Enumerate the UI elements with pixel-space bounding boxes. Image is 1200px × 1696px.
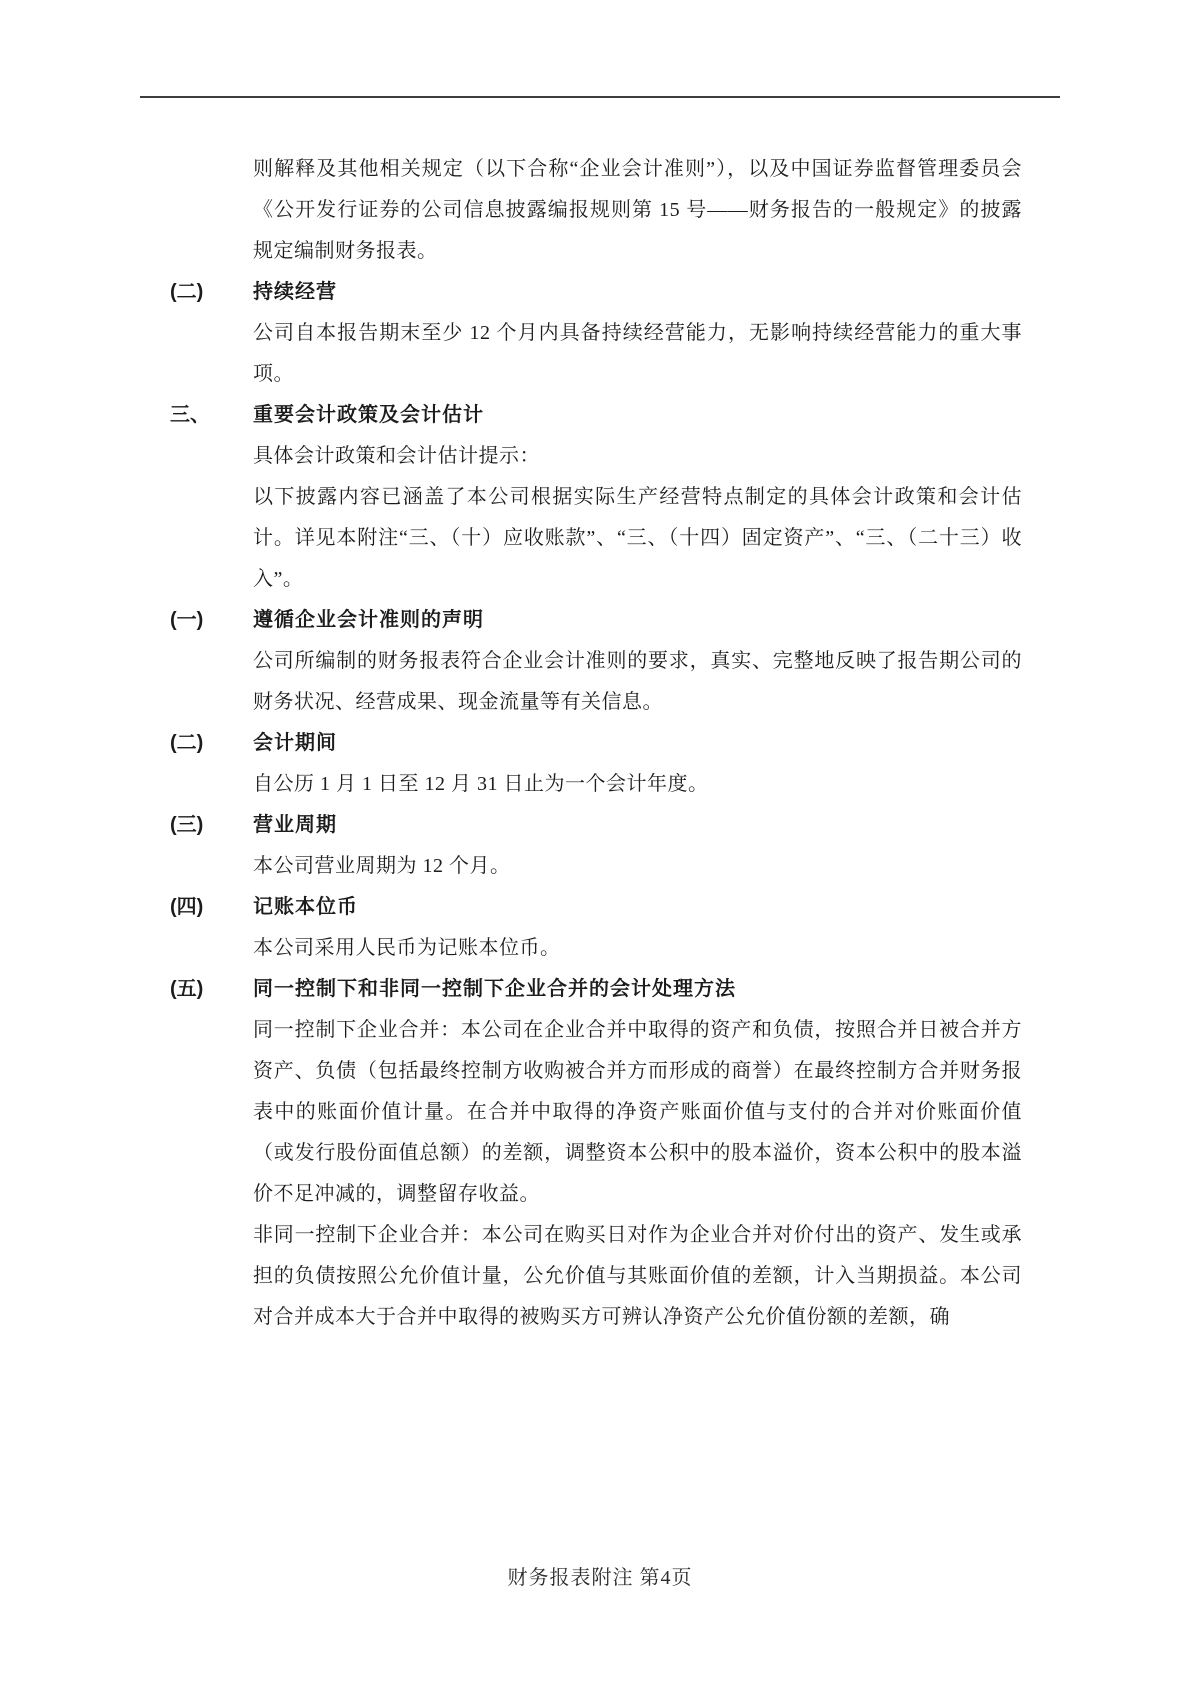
section-paragraph: 公司自本报告期末至少 12 个月内具备持续经营能力，无影响持续经营能力的重大事项… (253, 313, 1022, 395)
section-number: (一) (170, 600, 253, 641)
section-functional-currency: (四) 记账本位币 本公司采用人民币为记账本位币。 (170, 887, 1022, 969)
section-paragraph: 本公司采用人民币为记账本位币。 (253, 928, 1022, 969)
section-heading: 持续经营 (253, 272, 337, 313)
header-divider (140, 96, 1060, 98)
section-paragraph: 同一控制下企业合并：本公司在企业合并中取得的资产和负债，按照合并日被合并方资产、… (253, 1010, 1022, 1215)
intro-paragraph: 则解释及其他相关规定（以下合称“企业会计准则”），以及中国证券监督管理委员会《公… (253, 149, 1022, 272)
page-footer: 财务报表附注 第4页 (0, 1563, 1200, 1593)
section-business-combinations: (五) 同一控制下和非同一控制下企业合并的会计处理方法 同一控制下企业合并：本公… (170, 969, 1022, 1338)
section-number: (二) (170, 723, 253, 764)
section-heading: 记账本位币 (253, 887, 358, 928)
section-heading-row: (三) 营业周期 (170, 805, 1022, 846)
section-number: (五) (170, 969, 253, 1010)
section-accounting-period: (二) 会计期间 自公历 1 月 1 日至 12 月 31 日止为一个会计年度。 (170, 723, 1022, 805)
section-paragraph: 本公司营业周期为 12 个月。 (253, 846, 1022, 887)
section-heading: 会计期间 (253, 723, 337, 764)
section-paragraph: 以下披露内容已涵盖了本公司根据实际生产经营特点制定的具体会计政策和会计估计。详见… (253, 477, 1022, 600)
section-number: 三、 (170, 395, 253, 436)
section-number: (四) (170, 887, 253, 928)
section-heading: 营业周期 (253, 805, 337, 846)
section-heading-row: 三、 重要会计政策及会计估计 (170, 395, 1022, 436)
section-going-concern: (二) 持续经营 公司自本报告期末至少 12 个月内具备持续经营能力，无影响持续… (170, 272, 1022, 395)
section-number: (三) (170, 805, 253, 846)
section-paragraph: 公司所编制的财务报表符合企业会计准则的要求，真实、完整地反映了报告期公司的财务状… (253, 641, 1022, 723)
section-heading-row: (五) 同一控制下和非同一控制下企业合并的会计处理方法 (170, 969, 1022, 1010)
section-compliance-statement: (一) 遵循企业会计准则的声明 公司所编制的财务报表符合企业会计准则的要求，真实… (170, 600, 1022, 723)
section-operating-cycle: (三) 营业周期 本公司营业周期为 12 个月。 (170, 805, 1022, 887)
section-paragraph: 具体会计政策和会计估计提示： (253, 436, 1022, 477)
section-heading-row: (二) 会计期间 (170, 723, 1022, 764)
section-heading-row: (四) 记账本位币 (170, 887, 1022, 928)
section-heading-row: (二) 持续经营 (170, 272, 1022, 313)
section-heading-row: (一) 遵循企业会计准则的声明 (170, 600, 1022, 641)
document-content: 则解释及其他相关规定（以下合称“企业会计准则”），以及中国证券监督管理委员会《公… (170, 149, 1022, 1338)
section-paragraph: 自公历 1 月 1 日至 12 月 31 日止为一个会计年度。 (253, 764, 1022, 805)
section-heading: 遵循企业会计准则的声明 (253, 600, 484, 641)
section-heading: 同一控制下和非同一控制下企业合并的会计处理方法 (253, 969, 736, 1010)
section-number: (二) (170, 272, 253, 313)
document-page: 则解释及其他相关规定（以下合称“企业会计准则”），以及中国证券监督管理委员会《公… (0, 0, 1200, 1696)
section-accounting-policies: 三、 重要会计政策及会计估计 具体会计政策和会计估计提示： 以下披露内容已涵盖了… (170, 395, 1022, 600)
section-heading: 重要会计政策及会计估计 (253, 395, 484, 436)
section-paragraph: 非同一控制下企业合并：本公司在购买日对作为企业合并对价付出的资产、发生或承担的负… (253, 1215, 1022, 1338)
